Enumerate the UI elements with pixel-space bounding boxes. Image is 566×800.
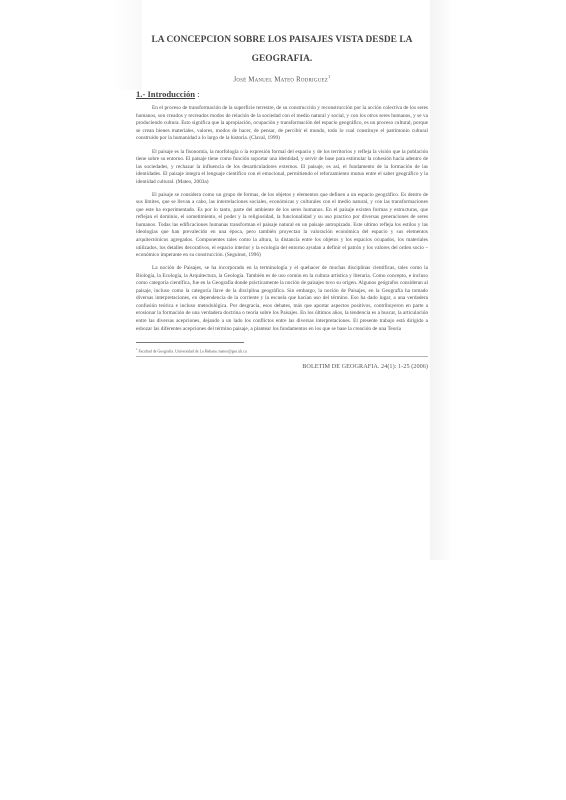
footnote-separator	[136, 342, 244, 343]
author-name: José Manuel Mateo Rodriguez	[234, 76, 328, 83]
scan-shadow-right	[430, 0, 452, 560]
paragraph-3: El paisaje se considera como un grupo de…	[136, 192, 428, 260]
article-title: LA CONCEPCION SOBRE LOS PAISAJES VISTA D…	[136, 31, 428, 69]
paragraph-1: En el proceso de transformación de la su…	[136, 105, 428, 143]
section-heading-text: 1.- Introducción	[136, 89, 195, 99]
page-content: LA CONCEPCION SOBRE LOS PAISAJES VISTA D…	[136, 31, 428, 371]
footnote-text: Facultad de Geografía. Universidad de La…	[138, 349, 246, 353]
document-page: LA CONCEPCION SOBRE LOS PAISAJES VISTA D…	[0, 0, 566, 800]
footer-rule	[136, 356, 428, 357]
section-heading: 1.- Introducción :	[136, 88, 428, 100]
author-footnote-mark: 1	[328, 74, 330, 79]
section-heading-colon: :	[195, 89, 200, 99]
article-title-line-2: GEOGRAFIA.	[136, 50, 428, 69]
journal-reference: BOLETIM DE GEOGRAFIA. 24(1): 1-25 (2006)	[136, 362, 428, 371]
paragraph-2: El paisaje es la fisonomía, la morfologí…	[136, 149, 428, 187]
author-line: José Manuel Mateo Rodriguez1	[136, 72, 428, 85]
paragraph-4: La noción de Paisajes, se ha incorporado…	[136, 265, 428, 333]
footnote: 1 Facultad de Geografía. Universidad de …	[136, 346, 428, 354]
article-title-line-1: LA CONCEPCION SOBRE LOS PAISAJES VISTA D…	[136, 31, 428, 50]
